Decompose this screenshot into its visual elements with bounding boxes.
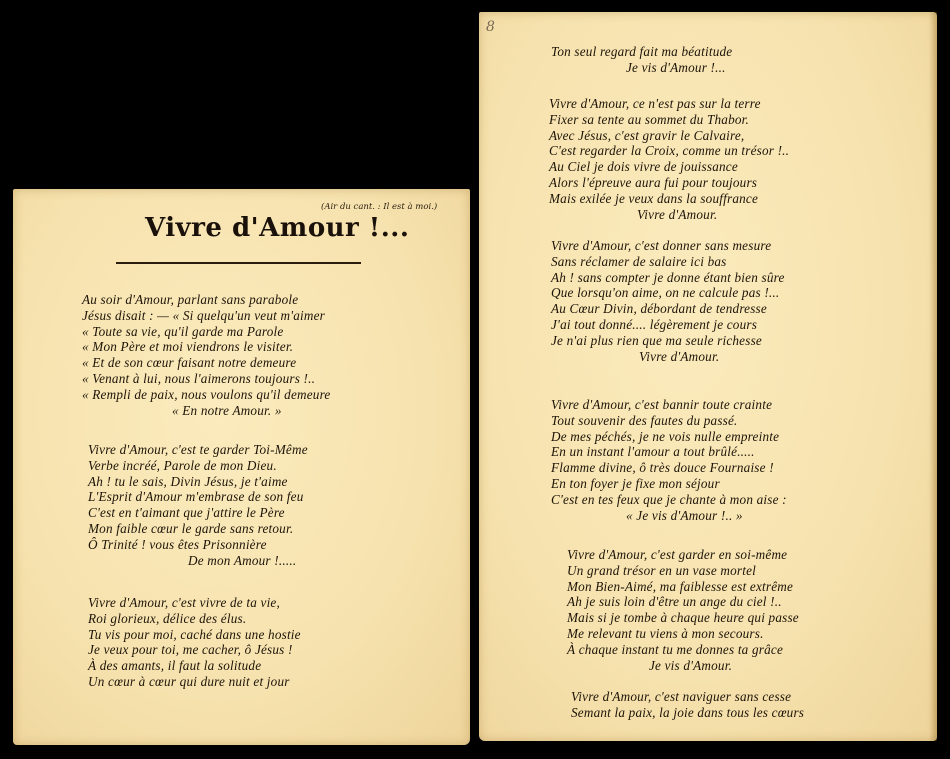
verse-line: Mais exilée je veux dans la souffrance — [549, 191, 789, 207]
verse-line: J'ai tout donné.... légèrement je cours — [551, 317, 785, 333]
verse-line: Roi glorieux, délice des élus. — [88, 611, 301, 627]
page-number: 8 — [486, 19, 495, 35]
stanza-continued: Ton seul regard fait ma béatitude Je vis… — [551, 44, 732, 76]
verse-line: Au Cœur Divin, débordant de tendresse — [551, 301, 785, 317]
verse-line: Mon Bien-Aimé, ma faiblesse est extrême — [567, 579, 799, 595]
poem-title: Vivre d'Amour !... — [145, 213, 409, 243]
right-page: 8 Ton seul regard fait ma béatitude Je v… — [479, 12, 937, 741]
verse-line: Ah ! sans compter je donne étant bien sû… — [551, 270, 785, 286]
refrain-line: Vivre d'Amour. — [551, 349, 785, 365]
stanza-6: Vivre d'Amour, c'est bannir toute craint… — [551, 397, 787, 523]
verse-line: Au Ciel je dois vivre de jouissance — [549, 159, 789, 175]
verse-line: Je n'ai plus rien que ma seule richesse — [551, 333, 785, 349]
verse-line: Vivre d'Amour, c'est bannir toute craint… — [551, 397, 787, 413]
verse-line: À chaque instant tu me donnes ta grâce — [567, 642, 799, 658]
verse-line: « Toute sa vie, qu'il garde ma Parole — [82, 324, 330, 340]
refrain-line: De mon Amour !..... — [88, 553, 308, 569]
verse-line: En ton foyer je fixe mon séjour — [551, 476, 787, 492]
verse-line: Ah ! tu le sais, Divin Jésus, je t'aime — [88, 474, 308, 490]
refrain-line: Je vis d'Amour !... — [551, 60, 732, 76]
verse-line: « Rempli de paix, nous voulons qu'il dem… — [82, 387, 330, 403]
verse-line: « Venant à lui, nous l'aimerons toujours… — [82, 371, 330, 387]
refrain-line: « En notre Amour. » — [82, 403, 330, 419]
verse-line: Tu vis pour moi, caché dans une hostie — [88, 627, 301, 643]
refrain-line: Je vis d'Amour. — [567, 658, 799, 674]
verse-line: « Mon Père et moi viendrons le visiter. — [82, 339, 330, 355]
verse-line: C'est regarder la Croix, comme un trésor… — [549, 143, 789, 159]
refrain-line: « Je vis d'Amour !.. » — [551, 508, 787, 524]
verse-line: Au soir d'Amour, parlant sans parabole — [82, 292, 330, 308]
stanza-4: Vivre d'Amour, ce n'est pas sur la terre… — [549, 96, 789, 222]
verse-line: Mais si je tombe à chaque heure qui pass… — [567, 610, 799, 626]
stanza-5: Vivre d'Amour, c'est donner sans mesure … — [551, 238, 785, 364]
verse-line: Flamme divine, ô très douce Fournaise ! — [551, 460, 787, 476]
refrain-line: Vivre d'Amour. — [549, 207, 789, 223]
verse-line: C'est en tes feux que je chante à mon ai… — [551, 492, 787, 508]
verse-line: Je veux pour toi, me cacher, ô Jésus ! — [88, 642, 301, 658]
verse-line: « Et de son cœur faisant notre demeure — [82, 355, 330, 371]
verse-line: Vivre d'Amour, c'est garder en soi-même — [567, 547, 799, 563]
verse-line: Un grand trésor en un vase mortel — [567, 563, 799, 579]
title-note: (Air du cant. : Il est à moi.) — [321, 202, 437, 212]
verse-line: Ah je suis loin d'être un ange du ciel !… — [567, 594, 799, 610]
stanza-7: Vivre d'Amour, c'est garder en soi-même … — [567, 547, 799, 673]
stanza-1: Au soir d'Amour, parlant sans parabole J… — [82, 292, 330, 418]
verse-line: Me relevant tu viens à mon secours. — [567, 626, 799, 642]
verse-line: Sans réclamer de salaire ici bas — [551, 254, 785, 270]
stanza-8: Vivre d'Amour, c'est naviguer sans cesse… — [571, 689, 804, 721]
verse-line: Avec Jésus, c'est gravir le Calvaire, — [549, 128, 789, 144]
verse-line: Tout souvenir des fautes du passé. — [551, 413, 787, 429]
verse-line: L'Esprit d'Amour m'embrase de son feu — [88, 489, 308, 505]
stanza-3: Vivre d'Amour, c'est vivre de ta vie, Ro… — [88, 595, 301, 690]
verse-line: Vivre d'Amour, c'est te garder Toi-Même — [88, 442, 308, 458]
verse-line: C'est en t'aimant que j'attire le Père — [88, 505, 308, 521]
verse-line: Fixer sa tente au sommet du Thabor. — [549, 112, 789, 128]
stanza-2: Vivre d'Amour, c'est te garder Toi-Même … — [88, 442, 308, 568]
verse-line: Vivre d'Amour, c'est vivre de ta vie, — [88, 595, 301, 611]
verse-line: Jésus disait : — « Si quelqu'un veut m'a… — [82, 308, 330, 324]
verse-line: Ô Trinité ! vous êtes Prisonnière — [88, 537, 308, 553]
verse-line: Un cœur à cœur qui dure nuit et jour — [88, 674, 301, 690]
verse-line: Vivre d'Amour, ce n'est pas sur la terre — [549, 96, 789, 112]
verse-line: Mon faible cœur le garde sans retour. — [88, 521, 308, 537]
verse-line: À des amants, il faut la solitude — [88, 658, 301, 674]
title-divider — [116, 262, 361, 264]
verse-line: Alors l'épreuve aura fui pour toujours — [549, 175, 789, 191]
verse-line: De mes péchés, je ne vois nulle empreint… — [551, 429, 787, 445]
verse-line: Vivre d'Amour, c'est naviguer sans cesse — [571, 689, 804, 705]
verse-line: Ton seul regard fait ma béatitude — [551, 44, 732, 60]
left-page: Vivre d'Amour !... (Air du cant. : Il es… — [13, 189, 470, 745]
verse-line: Que lorsqu'on aime, on ne calcule pas !.… — [551, 285, 785, 301]
verse-line: En un instant l'amour a tout brûlé..... — [551, 444, 787, 460]
verse-line: Semant la paix, la joie dans tous les cœ… — [571, 705, 804, 721]
verse-line: Vivre d'Amour, c'est donner sans mesure — [551, 238, 785, 254]
verse-line: Verbe incréé, Parole de mon Dieu. — [88, 458, 308, 474]
